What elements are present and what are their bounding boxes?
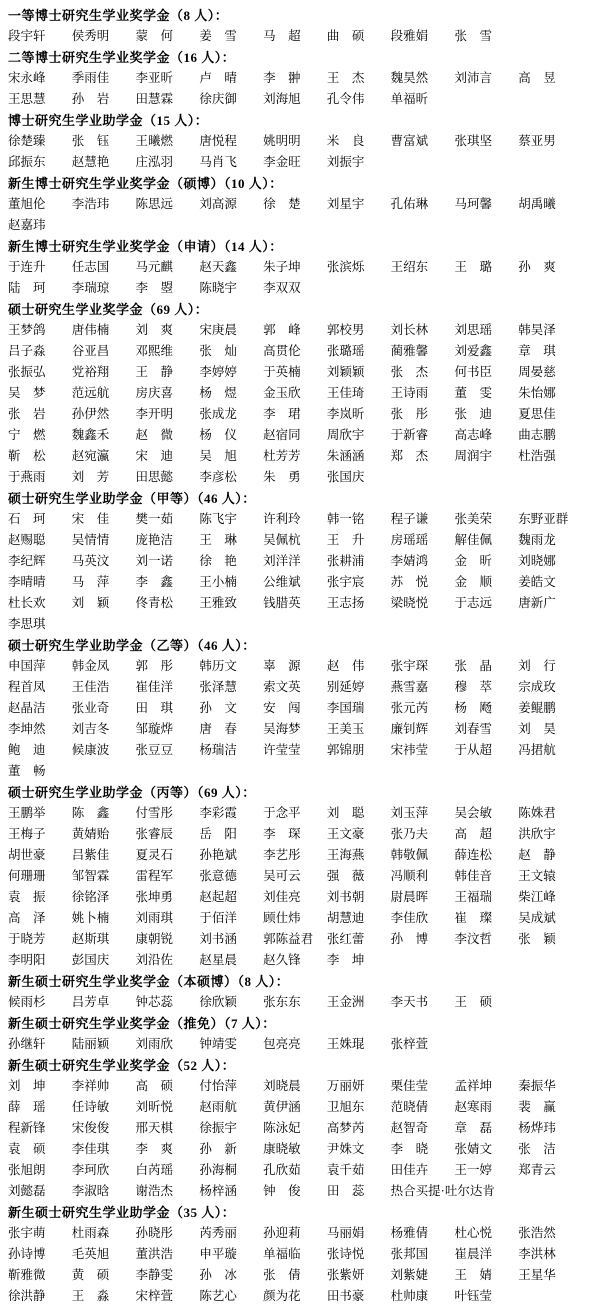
name-item: 候雨杉 bbox=[8, 992, 72, 1013]
name-item: 李天书 bbox=[391, 992, 455, 1013]
name-item: 刘佳亮 bbox=[263, 887, 327, 908]
name-item: 王 升 bbox=[327, 530, 391, 551]
name-item: 赵智奇 bbox=[391, 1118, 455, 1139]
name-item: 郑 杰 bbox=[391, 446, 455, 467]
name-item: 李浩玮 bbox=[72, 194, 136, 215]
name-item: 姚明明 bbox=[263, 131, 327, 152]
name-item: 高 超 bbox=[454, 824, 518, 845]
name-item: 宋梓萱 bbox=[136, 1286, 200, 1305]
name-row: 于连升任志国马元麒赵天鑫朱子坤张滨烁王绍东王 璐孙 爽 bbox=[8, 257, 582, 278]
name-item: 李佳琪 bbox=[72, 1139, 136, 1160]
name-item: 袁千茹 bbox=[327, 1160, 391, 1181]
name-item: 孙 爽 bbox=[518, 257, 582, 278]
name-item: 王一婷 bbox=[454, 1160, 518, 1181]
name-item: 张 钰 bbox=[72, 131, 136, 152]
name-item: 李亚昕 bbox=[136, 68, 200, 89]
name-item: 陈飞宇 bbox=[199, 509, 263, 530]
name-item: 孙 博 bbox=[391, 929, 455, 950]
name-item: 赵慧艳 bbox=[72, 152, 136, 173]
name-item: 崔 璨 bbox=[454, 908, 518, 929]
name-item: 秦振华 bbox=[518, 1076, 582, 1097]
name-item: 宗成玫 bbox=[518, 677, 582, 698]
name-row: 王梦鸽唐伟楠刘 爽宋庚晨郭 峰郭校男刘长林刘思瑶韩昊泽 bbox=[8, 320, 582, 341]
name-item: 吴佩杭 bbox=[263, 530, 327, 551]
name-row: 宁 燃魏鑫禾赵 微杨 仪赵宿同周欣宇于新睿高志峰曲志鹏 bbox=[8, 425, 582, 446]
name-item: 陈晓宇 bbox=[199, 278, 263, 299]
name-item: 赵 伟 bbox=[327, 656, 391, 677]
name-item: 韩一铭 bbox=[327, 509, 391, 530]
name-item: 张坤勇 bbox=[136, 887, 200, 908]
name-row: 胡世豪吕紫佳夏灵石孙艳斌李艺彤王海燕韩敬佩薛连松赵 静 bbox=[8, 845, 582, 866]
name-row: 徐楚臻张 钰王曦燃唐悦程姚明明米 良曹富斌张琪坚蔡亚男 bbox=[8, 131, 582, 152]
name-item: 杨梓涵 bbox=[199, 1181, 263, 1202]
name-item: 韩历文 bbox=[199, 656, 263, 677]
name-item: 魏鑫禾 bbox=[72, 425, 136, 446]
name-row: 赵晶洁张业奇田 琪孙 文安 闯李国瑞张元芮杨 飏姜鲲鹏 bbox=[8, 698, 582, 719]
name-item: 李 曌 bbox=[136, 278, 200, 299]
name-item: 朱怡娜 bbox=[518, 383, 582, 404]
name-item: 杨雅倩 bbox=[391, 1223, 455, 1244]
name-item: 岳 阳 bbox=[199, 824, 263, 845]
name-item: 钟 俊 bbox=[263, 1181, 327, 1202]
name-item: 曲志鹏 bbox=[518, 425, 582, 446]
name-item: 陈 鑫 bbox=[72, 803, 136, 824]
name-item: 吴情情 bbox=[72, 530, 136, 551]
name-item: 姚卜楠 bbox=[72, 908, 136, 929]
name-item: 冯顺利 bbox=[391, 866, 455, 887]
name-item: 刘星宇 bbox=[327, 194, 391, 215]
name-row: 程新锋宋俊俊邢天棋徐振宇陈泳妃高梦芮赵智奇章 磊杨烨玮 bbox=[8, 1118, 582, 1139]
name-item: 黄伊涵 bbox=[263, 1097, 327, 1118]
name-item: 李艺彤 bbox=[263, 845, 327, 866]
section-title: 新生硕士研究生学业奖学金（推免）（7 人）： bbox=[8, 1013, 582, 1034]
name-item: 孙继轩 bbox=[8, 1034, 72, 1055]
name-item: 李纪辉 bbox=[8, 551, 72, 572]
name-item: 付怡萍 bbox=[199, 1076, 263, 1097]
name-item: 杜心悦 bbox=[454, 1223, 518, 1244]
name-item: 田慧霖 bbox=[136, 89, 200, 110]
section-title: 一等博士研究生学业奖学金（8 人）： bbox=[8, 5, 582, 26]
name-item: 马英汶 bbox=[72, 551, 136, 572]
name-item: 孙 文 bbox=[199, 698, 263, 719]
name-item: 王福瑞 bbox=[454, 887, 518, 908]
name-item: 徐 楚 bbox=[263, 194, 327, 215]
name-item: 尹姝文 bbox=[327, 1139, 391, 1160]
name-item: 孙海桐 bbox=[199, 1160, 263, 1181]
name-item: 李汶哲 bbox=[454, 929, 518, 950]
name-row: 邱振东赵慧艳庄泓羽马肖飞李金旺刘振宇 bbox=[8, 152, 582, 173]
name-item: 侯秀明 bbox=[72, 26, 136, 47]
name-item: 张婧文 bbox=[454, 1139, 518, 1160]
name-item: 苏 悦 bbox=[391, 572, 455, 593]
name-item: 张东东 bbox=[263, 992, 327, 1013]
name-item: 陈泳妃 bbox=[263, 1118, 327, 1139]
name-item: 赵斯琪 bbox=[72, 929, 136, 950]
name-item: 李祥帅 bbox=[72, 1076, 136, 1097]
name-item: 陈思远 bbox=[136, 194, 200, 215]
name-item: 田书豪 bbox=[327, 1286, 391, 1305]
name-item: 韩敬佩 bbox=[391, 845, 455, 866]
name-item: 张元芮 bbox=[391, 698, 455, 719]
name-row: 赵赐聪吴情情庞艳洁王 琳吴佩杭王 升房瑶瑶解佳佩魏雨龙 bbox=[8, 530, 582, 551]
name-item: 张乃夫 bbox=[391, 824, 455, 845]
name-item: 袁 振 bbox=[8, 887, 72, 908]
name-item: 张诗悦 bbox=[327, 1244, 391, 1265]
name-item: 钟靖雯 bbox=[199, 1034, 263, 1055]
name-item: 王思慧 bbox=[8, 89, 72, 110]
name-item: 刘懿磊 bbox=[8, 1181, 72, 1202]
name-item: 梁晓悦 bbox=[391, 593, 455, 614]
name-item: 杨瑞洁 bbox=[199, 740, 263, 761]
name-item: 张邦国 bbox=[391, 1244, 455, 1265]
name-item: 李淑晗 bbox=[72, 1181, 136, 1202]
name-item: 邓熙维 bbox=[136, 341, 200, 362]
name-row: 李思琪 bbox=[8, 614, 582, 635]
name-row: 李明阳彭国庆刘沿佐赵星晨赵久锋李 坤 bbox=[8, 950, 582, 971]
name-item: 刘书朝 bbox=[327, 887, 391, 908]
name-item: 李明阳 bbox=[8, 950, 72, 971]
scholarship-section: 新生硕士研究生学业奖学金（推免）（7 人）：孙继轩陆丽颖刘雨欣钟靖雯包亮亮王姝琨… bbox=[8, 1013, 582, 1055]
name-item: 王梅子 bbox=[8, 824, 72, 845]
name-item: 王星华 bbox=[518, 1265, 582, 1286]
name-item: 王文豪 bbox=[327, 824, 391, 845]
name-item: 张 晶 bbox=[454, 656, 518, 677]
name-item: 李 坤 bbox=[327, 950, 391, 971]
name-item: 赵宿同 bbox=[263, 425, 327, 446]
name-item: 张 倩 bbox=[263, 1265, 327, 1286]
name-item: 孙诗博 bbox=[8, 1244, 72, 1265]
name-item: 李金旺 bbox=[263, 152, 327, 173]
name-item: 刘洋洋 bbox=[263, 551, 327, 572]
name-item: 洪欣宇 bbox=[518, 824, 582, 845]
name-item: 白芮瑶 bbox=[136, 1160, 200, 1181]
name-item: 穆 萃 bbox=[454, 677, 518, 698]
name-row: 鲍 迪候康波张豆豆杨瑞洁许莹莹郭锦朋宋祎莹于从超冯捃航 bbox=[8, 740, 582, 761]
name-row: 张 岩孙伊然李开明张成龙李 珺李岚昕张 彤张 迪夏思佳 bbox=[8, 404, 582, 425]
name-item: 薛 瑶 bbox=[8, 1097, 72, 1118]
name-item: 张宇萌 bbox=[8, 1223, 72, 1244]
name-item: 朱 勇 bbox=[263, 467, 327, 488]
name-item: 金玉欣 bbox=[263, 383, 327, 404]
name-item: 杜长欢 bbox=[8, 593, 72, 614]
name-item: 米 良 bbox=[327, 131, 391, 152]
name-item: 高志峰 bbox=[454, 425, 518, 446]
name-item: 赵宛瀛 bbox=[72, 446, 136, 467]
section-title: 博士研究生学业助学金（15 人）： bbox=[8, 110, 582, 131]
name-item: 宋 迪 bbox=[136, 446, 200, 467]
name-item: 程新锋 bbox=[8, 1118, 72, 1139]
name-item: 王 琳 bbox=[199, 530, 263, 551]
name-row: 刘懿磊李淑晗谢浩杰杨梓涵钟 俊田 蕊热合买提·吐尔达肯 bbox=[8, 1181, 582, 1202]
name-item: 金 顺 bbox=[454, 572, 518, 593]
name-item: 房庆喜 bbox=[136, 383, 200, 404]
section-title: 新生硕士研究生学业奖学金（52 人）： bbox=[8, 1055, 582, 1076]
name-item: 毛英旭 bbox=[72, 1244, 136, 1265]
name-row: 于晓芳赵斯琪康朝锐刘书涵郭陈益君张红蕾孙 博李汶哲张 颖 bbox=[8, 929, 582, 950]
name-item: 李晴晴 bbox=[8, 572, 72, 593]
section-title: 二等博士研究生学业奖学金（16 人）： bbox=[8, 47, 582, 68]
name-item: 吴海梦 bbox=[263, 719, 327, 740]
name-row: 刘 坤李祥帅高 硕付怡萍刘晓晨万丽妍栗佳莹孟祥坤秦振华 bbox=[8, 1076, 582, 1097]
name-row: 王鹏举陈 鑫付雪彤李彩霞于念平刘 聪刘玉萍吴会敏陈姝君 bbox=[8, 803, 582, 824]
name-item: 韩金凤 bbox=[72, 656, 136, 677]
name-item: 吴 旭 bbox=[199, 446, 263, 467]
name-item: 李国瑞 bbox=[327, 698, 391, 719]
name-item: 张 雪 bbox=[454, 26, 518, 47]
name-item: 刘沿佐 bbox=[136, 950, 200, 971]
name-item: 张业奇 bbox=[72, 698, 136, 719]
name-item: 宋祎莹 bbox=[391, 740, 455, 761]
name-item: 卢 晴 bbox=[199, 68, 263, 89]
name-item: 别延婷 bbox=[327, 677, 391, 698]
name-item: 靳雅微 bbox=[8, 1265, 72, 1286]
name-item: 孙迎莉 bbox=[263, 1223, 327, 1244]
name-item: 吴成斌 bbox=[518, 908, 582, 929]
name-item: 黄婧贻 bbox=[72, 824, 136, 845]
name-row: 李纪辉马英汶刘一诺徐 艳刘洋洋张耕浦李婧鸿金 昕刘晓娜 bbox=[8, 551, 582, 572]
name-item: 刘沛言 bbox=[454, 68, 518, 89]
name-item: 王梦鸽 bbox=[8, 320, 72, 341]
name-item: 鲍 迪 bbox=[8, 740, 72, 761]
name-item: 魏昊然 bbox=[391, 68, 455, 89]
name-item: 钱腊英 bbox=[263, 593, 327, 614]
scholarship-section: 新生博士研究生学业奖学金（申请）（14 人）：于连升任志国马元麒赵天鑫朱子坤张滨… bbox=[8, 236, 582, 299]
name-item: 郭校男 bbox=[327, 320, 391, 341]
name-item: 宋永峰 bbox=[8, 68, 72, 89]
name-item: 安 闯 bbox=[263, 698, 327, 719]
name-item: 王曦燃 bbox=[136, 131, 200, 152]
name-item: 高 硕 bbox=[136, 1076, 200, 1097]
scholarship-section: 二等博士研究生学业奖学金（16 人）：宋永峰季雨佳李亚昕卢 晴李 翀王 杰魏昊然… bbox=[8, 47, 582, 110]
name-item: 高 泽 bbox=[8, 908, 72, 929]
name-item: 刘海旭 bbox=[263, 89, 327, 110]
name-item: 宋俊俊 bbox=[72, 1118, 136, 1139]
name-item: 张梓萱 bbox=[391, 1034, 455, 1055]
name-item: 李 琛 bbox=[263, 824, 327, 845]
name-item: 李岚昕 bbox=[327, 404, 391, 425]
name-item: 赵嘉玮 bbox=[8, 215, 72, 236]
name-item: 徐欣颖 bbox=[199, 992, 263, 1013]
name-item: 张旭朗 bbox=[8, 1160, 72, 1181]
name-item: 王 杰 bbox=[327, 68, 391, 89]
name-item: 马元麒 bbox=[136, 257, 200, 278]
name-row: 赵嘉玮 bbox=[8, 215, 582, 236]
name-item: 芮秀丽 bbox=[199, 1223, 263, 1244]
name-item: 郭陈益君 bbox=[263, 929, 327, 950]
name-item: 范远航 bbox=[72, 383, 136, 404]
name-item: 唐新广 bbox=[518, 593, 582, 614]
name-item: 李 翀 bbox=[263, 68, 327, 89]
name-item: 顾仕炜 bbox=[263, 908, 327, 929]
name-row: 张旭朗李珂欣白芮瑶孙海桐孔欣茹袁千茹田佳卉王一婷郑青云 bbox=[8, 1160, 582, 1181]
name-item: 王文辕 bbox=[518, 866, 582, 887]
name-item: 刘爱鑫 bbox=[454, 341, 518, 362]
name-item: 田佳卉 bbox=[391, 1160, 455, 1181]
name-item: 燕雪嘉 bbox=[391, 677, 455, 698]
name-item: 段宇轩 bbox=[8, 26, 72, 47]
name-item: 段雅娟 bbox=[391, 26, 455, 47]
name-item: 邹璇烨 bbox=[136, 719, 200, 740]
name-item: 于佰洋 bbox=[199, 908, 263, 929]
name-item: 吕子淼 bbox=[8, 341, 72, 362]
name-item: 任志国 bbox=[72, 257, 136, 278]
name-row: 何珊珊邹智霖雷程军张意德吴可云强 薇冯顺利韩佳音王文辕 bbox=[8, 866, 582, 887]
name-item: 姜皓文 bbox=[518, 572, 582, 593]
name-item: 付雪彤 bbox=[136, 803, 200, 824]
name-item: 杜帅康 bbox=[391, 1286, 455, 1305]
name-row: 王思慧孙 岩田慧霖徐庆御刘海旭孔令伟单福昕 bbox=[8, 89, 582, 110]
name-row: 靳 松赵宛瀛宋 迪吴 旭杜芳芳朱涵涵郑 杰周润宇杜浩强 bbox=[8, 446, 582, 467]
name-item: 张美荣 bbox=[454, 509, 518, 530]
name-item: 田思懿 bbox=[136, 467, 200, 488]
name-item: 单福临 bbox=[263, 1244, 327, 1265]
name-item: 张琪坚 bbox=[454, 131, 518, 152]
scholarship-section: 博士研究生学业助学金（15 人）：徐楚臻张 钰王曦燃唐悦程姚明明米 良曹富斌张琪… bbox=[8, 110, 582, 173]
name-row: 袁 硕李佳琪李 爽孙 新康晓敏尹姝文李 晓张婧文张 洁 bbox=[8, 1139, 582, 1160]
name-item: 刘 行 bbox=[518, 656, 582, 677]
name-row: 候雨杉吕芳卓钟芯蕊徐欣颖张东东王金洲李天书王 硕 bbox=[8, 992, 582, 1013]
name-row: 董 畅 bbox=[8, 761, 582, 782]
name-item: 徐楚臻 bbox=[8, 131, 72, 152]
name-item: 王 静 bbox=[136, 362, 200, 383]
name-row: 靳雅微黄 硕李静雯孙 冰张 倩张紫妍刘紫婕王 婧王星华 bbox=[8, 1265, 582, 1286]
name-item: 邹智霖 bbox=[72, 866, 136, 887]
name-item: 夏灵石 bbox=[136, 845, 200, 866]
name-item: 陈姝君 bbox=[518, 803, 582, 824]
name-item: 高贯伦 bbox=[263, 341, 327, 362]
section-title: 新生硕士研究生学业助学金（35 人）： bbox=[8, 1202, 582, 1223]
name-item: 朱子坤 bbox=[263, 257, 327, 278]
name-item: 刘思瑶 bbox=[454, 320, 518, 341]
name-item: 韩佳音 bbox=[454, 866, 518, 887]
name-item: 张 灿 bbox=[199, 341, 263, 362]
scholarship-section: 硕士研究生学业助学金（乙等）（46 人）：申国萍韩金凤郭 彤韩历文辜 源赵 伟张… bbox=[8, 635, 582, 782]
name-item: 谢浩杰 bbox=[136, 1181, 200, 1202]
name-item: 王鹏举 bbox=[8, 803, 72, 824]
name-item: 范晓倩 bbox=[391, 1097, 455, 1118]
name-item: 马 萍 bbox=[72, 572, 136, 593]
name-item: 李彦松 bbox=[199, 467, 263, 488]
name-item: 赵天鑫 bbox=[199, 257, 263, 278]
name-item: 李开明 bbox=[136, 404, 200, 425]
name-item: 张 洁 bbox=[518, 1139, 582, 1160]
name-item: 唐伟楠 bbox=[72, 320, 136, 341]
name-item: 杜芳芳 bbox=[263, 446, 327, 467]
name-item: 赵寒雨 bbox=[454, 1097, 518, 1118]
name-item: 陆丽颖 bbox=[72, 1034, 136, 1055]
name-item: 魏雨龙 bbox=[518, 530, 582, 551]
name-item: 谷亚昌 bbox=[72, 341, 136, 362]
name-item: 杜雨森 bbox=[72, 1223, 136, 1244]
name-item: 唐 春 bbox=[199, 719, 263, 740]
name-item: 周晏慈 bbox=[518, 362, 582, 383]
name-item: 张 彤 bbox=[391, 404, 455, 425]
name-item: 刘 聪 bbox=[327, 803, 391, 824]
name-row: 董旭伦李浩玮陈思远刘高源徐 楚刘星宇孔佑琳马珂馨胡禹曦 bbox=[8, 194, 582, 215]
scholarship-section: 新生硕士研究生学业助学金（35 人）：张宇萌杜雨森孙晓彤芮秀丽孙迎莉马丽娟杨雅倩… bbox=[8, 1202, 582, 1305]
name-item: 孙 新 bbox=[199, 1139, 263, 1160]
name-item: 郭 彤 bbox=[136, 656, 200, 677]
name-item: 李静雯 bbox=[136, 1265, 200, 1286]
name-item: 王姝琨 bbox=[327, 1034, 391, 1055]
name-row: 申国萍韩金凤郭 彤韩历文辜 源赵 伟张宇琛张 晶刘 行 bbox=[8, 656, 582, 677]
scholarship-document: 一等博士研究生学业奖学金（8 人）：段宇轩侯秀明蒙 何姜 雪马 超曲 硕段雅娟张… bbox=[0, 0, 590, 1305]
name-item: 钟芯蕊 bbox=[136, 992, 200, 1013]
name-item: 刘颖颖 bbox=[327, 362, 391, 383]
name-item: 邱振东 bbox=[8, 152, 72, 173]
name-item: 李 晓 bbox=[391, 1139, 455, 1160]
name-item: 刘长林 bbox=[391, 320, 455, 341]
name-item: 徐铭泽 bbox=[72, 887, 136, 908]
name-item: 李洪林 bbox=[518, 1244, 582, 1265]
name-item: 宁 燃 bbox=[8, 425, 72, 446]
name-item: 王小楠 bbox=[199, 572, 263, 593]
scholarship-section: 硕士研究生学业助学金（丙等）（69 人）：王鹏举陈 鑫付雪彤李彩霞于念平刘 聪刘… bbox=[8, 782, 582, 971]
name-item: 张国庆 bbox=[327, 467, 391, 488]
name-item: 李珂欣 bbox=[72, 1160, 136, 1181]
name-item: 宋 佳 bbox=[72, 509, 136, 530]
name-item: 刘书涵 bbox=[199, 929, 263, 950]
name-item: 马肖飞 bbox=[199, 152, 263, 173]
name-item: 李 鑫 bbox=[136, 572, 200, 593]
name-item: 徐 艳 bbox=[199, 551, 263, 572]
name-item: 章 琪 bbox=[518, 341, 582, 362]
name-item: 胡慧迪 bbox=[327, 908, 391, 929]
name-item: 吴可云 bbox=[263, 866, 327, 887]
name-item: 张红蕾 bbox=[327, 929, 391, 950]
name-item: 李瑞琼 bbox=[72, 278, 136, 299]
name-item: 李坤然 bbox=[8, 719, 72, 740]
name-item: 邢天棋 bbox=[136, 1118, 200, 1139]
name-item: 王佳浩 bbox=[72, 677, 136, 698]
name-item: 栗佳莹 bbox=[391, 1076, 455, 1097]
name-item: 廉钊辉 bbox=[391, 719, 455, 740]
name-item: 姜鲲鹏 bbox=[518, 698, 582, 719]
name-item: 刘高源 bbox=[199, 194, 263, 215]
name-item: 袁 硕 bbox=[8, 1139, 72, 1160]
name-item: 李思琪 bbox=[8, 614, 72, 635]
name-item: 王 淼 bbox=[72, 1286, 136, 1305]
section-title: 硕士研究生学业助学金（乙等）（46 人）： bbox=[8, 635, 582, 656]
name-item: 张成龙 bbox=[199, 404, 263, 425]
name-item: 于连升 bbox=[8, 257, 72, 278]
sections-root: 一等博士研究生学业奖学金（8 人）：段宇轩侯秀明蒙 何姜 雪马 超曲 硕段雅娟张… bbox=[8, 5, 582, 1305]
name-item: 张紫妍 bbox=[327, 1265, 391, 1286]
name-item: 宋庚晨 bbox=[199, 320, 263, 341]
name-item: 解佳佩 bbox=[454, 530, 518, 551]
name-item: 董 畅 bbox=[8, 761, 72, 782]
name-item: 陈艺心 bbox=[199, 1286, 263, 1305]
name-item: 康晓敏 bbox=[263, 1139, 327, 1160]
name-item: 杨烨玮 bbox=[518, 1118, 582, 1139]
section-title: 硕士研究生学业助学金（甲等）（46 人）： bbox=[8, 488, 582, 509]
name-item: 于从超 bbox=[454, 740, 518, 761]
name-row: 张振弘党裕翔王 静李婷婷于英楠刘颖颖张 杰何书臣周晏慈 bbox=[8, 362, 582, 383]
name-item: 徐洪静 bbox=[8, 1286, 72, 1305]
name-item: 张宇宸 bbox=[327, 572, 391, 593]
name-item: 郭锦朋 bbox=[327, 740, 391, 761]
name-item: 徐振宇 bbox=[199, 1118, 263, 1139]
name-item: 党裕翔 bbox=[72, 362, 136, 383]
name-item: 于志远 bbox=[454, 593, 518, 614]
name-item: 孔佑琳 bbox=[391, 194, 455, 215]
name-item: 张泽慧 bbox=[199, 677, 263, 698]
name-item: 张 颖 bbox=[518, 929, 582, 950]
name-row: 高 泽姚卜楠刘雨琪于佰洋顾仕炜胡慧迪李佳欣崔 璨吴成斌 bbox=[8, 908, 582, 929]
scholarship-section: 新生硕士研究生学业奖学金（本硕博）（8 人）：候雨杉吕芳卓钟芯蕊徐欣颖张东东王金… bbox=[8, 971, 582, 1013]
name-item: 刘雨欣 bbox=[136, 1034, 200, 1055]
section-title: 硕士研究生学业奖学金（69 人）： bbox=[8, 299, 582, 320]
